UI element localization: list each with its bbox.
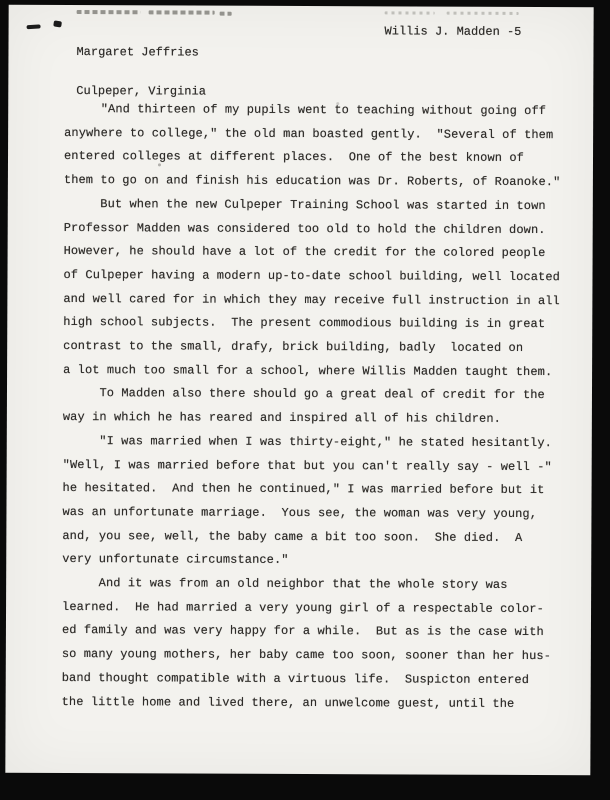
strikeout-remnant [447,12,519,15]
strikeout-remnant [385,11,435,14]
margin-ink-mark [26,24,40,29]
author-location: Culpeper, Virginia [76,85,206,99]
document-body: "And thirteen of my pupils went to teach… [62,98,580,717]
document-page: Margaret Jeffries Culpeper, Virginia Wil… [5,5,593,776]
header-title-page: Willis J. Madden -5 [385,24,522,39]
strikeout-remnant [77,10,141,14]
strikeout-remnant [220,12,232,16]
paragraph-1: "And thirteen of my pupils went to teach… [64,98,579,195]
paragraph-4: "I was married when I was thirty-eight,"… [62,430,578,574]
margin-ink-mark [53,20,62,27]
paragraph-2: But when the new Culpeper Training Schoo… [63,193,579,385]
author-name: Margaret Jeffries [76,46,206,60]
strikeout-remnant [149,10,215,14]
paragraph-3: To Madden also there should go a great d… [63,382,578,432]
paragraph-5: And it was from an old neighbor that the… [62,572,578,716]
scanned-document-screenshot: { "colors": { "paper": "#f3f2ee", "ink":… [0,0,610,800]
